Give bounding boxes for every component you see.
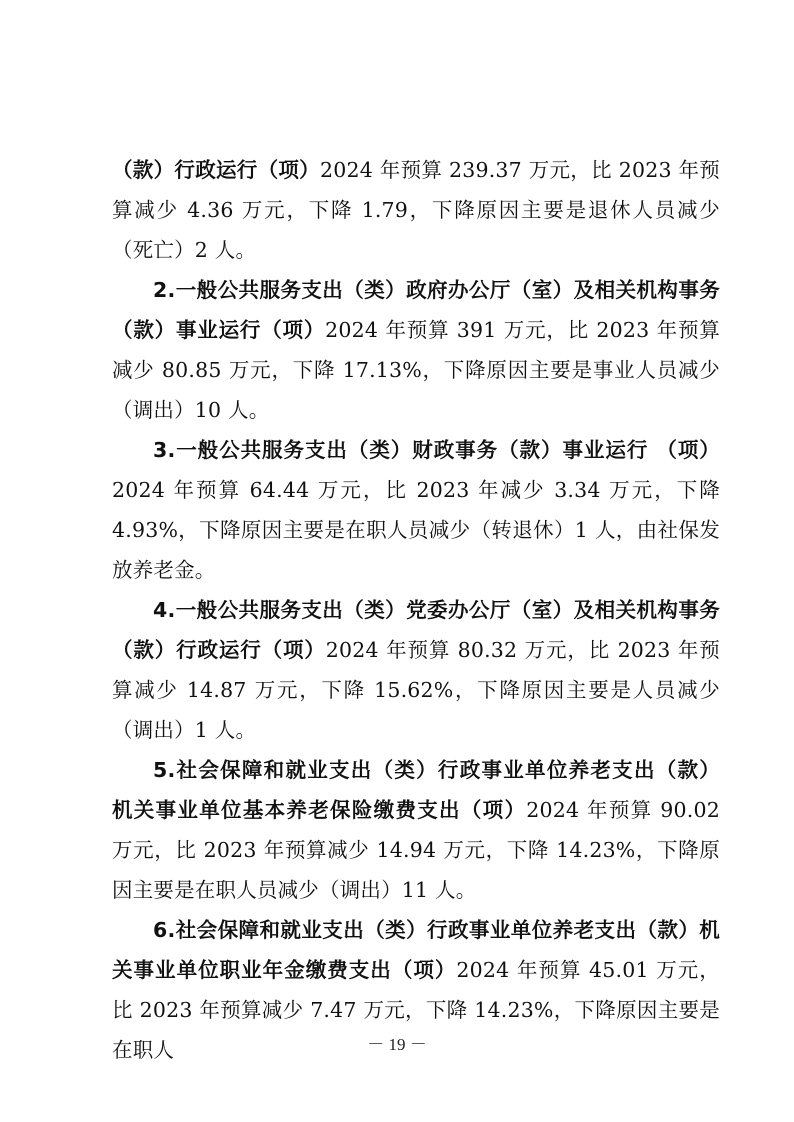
- paragraph-item-3: 3.一般公共服务支出（类）财政事务（款）事业运行 （项）2024 年预算 64.…: [112, 430, 720, 590]
- document-page: （款）行政运行（项）2024 年预算 239.37 万元，比 2023 年预算减…: [0, 0, 794, 1122]
- paragraph-item-2: 2.一般公共服务支出（类）政府办公厅（室）及相关机构事务（款）事业运行（项）20…: [112, 270, 720, 430]
- paragraph-continuation: （款）行政运行（项）2024 年预算 239.37 万元，比 2023 年预算减…: [112, 150, 720, 270]
- paragraph-text: 2024 年预算 64.44 万元，比 2023 年减少 3.34 万元，下降 …: [112, 478, 720, 582]
- paragraph-heading: （款）行政运行（项）: [112, 158, 320, 182]
- paragraph-item-4: 4.一般公共服务支出（类）党委办公厅（室）及相关机构事务（款）行政运行（项）20…: [112, 590, 720, 750]
- paragraph-item-5: 5.社会保障和就业支出（类）行政事业单位养老支出（款） 机关事业单位基本养老保险…: [112, 750, 720, 910]
- page-number: － 19 －: [0, 1030, 794, 1055]
- document-body: （款）行政运行（项）2024 年预算 239.37 万元，比 2023 年预算减…: [112, 150, 720, 1070]
- paragraph-heading: 3.一般公共服务支出（类）财政事务（款）事业运行 （项）: [153, 438, 720, 462]
